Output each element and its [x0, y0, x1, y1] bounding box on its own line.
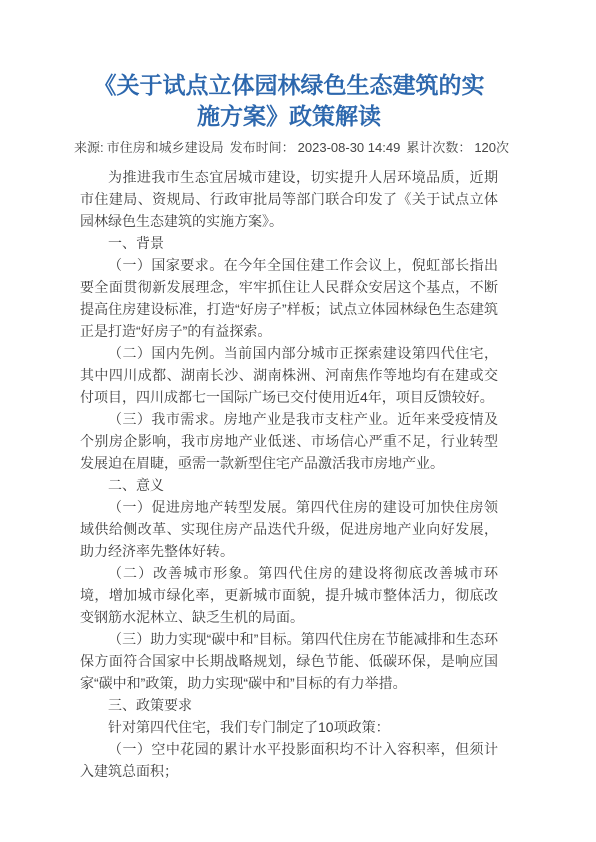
body-paragraph: （三）我市需求。房地产业是我市支柱产业。近年来受疫情及个别房企影响，我市房地产业… — [80, 408, 498, 474]
article-meta: 来源:市住房和城乡建设局发布时间：2023-08-30 14:49累计次数：12… — [74, 140, 504, 156]
section-heading: 二、意义 — [80, 474, 498, 496]
meta-views-value: 120次 — [474, 140, 509, 155]
body-paragraph: 为推进我市生态宜居城市建设，切实提升人居环境品质，近期市住建局、资规局、行政审批… — [80, 166, 498, 232]
section-heading: 三、政策要求 — [80, 694, 498, 716]
body-paragraph: （二）改善城市形象。第四代住房的建设将彻底改善城市环境，增加城市绿化率，更新城市… — [80, 562, 498, 628]
article-body: 为推进我市生态宜居城市建设，切实提升人居环境品质，近期市住建局、资规局、行政审批… — [80, 166, 498, 782]
body-paragraph: （一）促进房地产转型发展。第四代住房的建设可加快住房领域供给侧改革、实现住房产品… — [80, 496, 498, 562]
body-paragraph: （二）国内先例。当前国内部分城市正探索建设第四代住宅，其中四川成都、湖南长沙、湖… — [80, 342, 498, 408]
meta-source-label: 来源: — [74, 140, 104, 155]
body-paragraph: （三）助力实现“碳中和”目标。第四代住房在节能减排和生态环保方面符合国家中长期战… — [80, 628, 498, 694]
article-title: 《关于试点立体园林绿色生态建筑的实施方案》政策解读 — [88, 70, 490, 132]
body-paragraph: 针对第四代住宅，我们专门制定了10项政策： — [80, 716, 498, 738]
document-page: 《关于试点立体园林绿色生态建筑的实施方案》政策解读 来源:市住房和城乡建设局发布… — [0, 0, 596, 842]
section-heading: 一、背景 — [80, 232, 498, 254]
meta-publish-value: 2023-08-30 14:49 — [298, 140, 401, 155]
body-paragraph: （一）空中花园的累计水平投影面积均不计入容积率，但须计入建筑总面积； — [80, 738, 498, 782]
meta-publish-label: 发布时间： — [230, 140, 295, 155]
meta-source-value: 市住房和城乡建设局 — [107, 140, 224, 155]
meta-source: 来源:市住房和城乡建设局 — [74, 140, 224, 155]
meta-view-count: 累计次数：120次 — [406, 140, 509, 155]
body-paragraph: （一）国家要求。在今年全国住建工作会议上，倪虹部长指出要全面贯彻新发展理念，牢牢… — [80, 254, 498, 342]
meta-views-label: 累计次数： — [406, 140, 471, 155]
meta-publish-time: 发布时间：2023-08-30 14:49 — [230, 140, 401, 155]
